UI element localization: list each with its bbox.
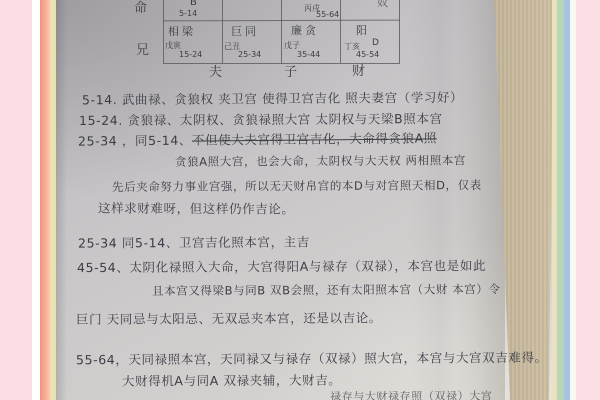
cell-stars: 巨同 [231,26,259,38]
palace-label-zi: 子 [284,66,297,80]
top-row-stem: 丙戌 [304,5,313,13]
note-line-13-partial: 禄存与大财禄存照（双禄）大宫 [330,391,492,400]
palace-label-xiong: 兄 [136,44,149,58]
cell-stars: 阳 [356,25,370,37]
cell-stem: 戊子 [284,42,293,50]
cell-range: 25-34 [238,51,261,60]
note-line-1: 5-14. 武曲禄、贪狼权 夹卫宫 使得卫宫吉化 照夫妻宫（学习好） [82,91,463,107]
note-line-2: 15-24. 贪狼禄、太阴权、贪狼禄照大宫 太阴权与天梁B照本宫 [79,112,443,128]
grid-line [163,0,164,63]
cell-range: 35-44 [297,51,320,60]
note-line-5: 先后夹命努力事业宫强，所以无天财帛宫的本D与对宫照天相D，仅表 [112,179,482,194]
cell-stars: 相梁 [168,26,196,38]
photo-of-handwritten-notes: 命 兄 夫 子 财 B 5-14 奴 丙戌 55-64 相梁 戊寅 15-24 … [0,0,600,400]
grid-line [399,0,400,63]
palace-label-ming: 命 [134,2,147,16]
cell-range: 45-54 [356,51,379,60]
note-line-10: 巨门 天同忌与太阳忌、无双忌夹本宫，还是以吉论。 [76,311,382,326]
note-line-3-lead: 25-34 ，同5-14、 [78,133,192,149]
cell-badge: D [372,39,379,49]
top-row-range: 55-64 [316,11,339,20]
note-line-3: 25-34 ，同5-14、不但使大夫宫得卫宫吉化，大命得贪狼A照 [78,131,437,148]
palace-label-fu: 夫 [209,66,222,80]
astrology-chart: 命 兄 夫 子 财 B 5-14 奴 丙戌 55-64 相梁 戊寅 15-24 … [0,0,600,90]
cell-stem: 戊寅 [165,42,174,50]
top-row-range: 5-14 [179,10,197,19]
grid-line [222,0,223,63]
note-line-7: 25-34 同5-14、卫宫吉化照本宫，主吉 [78,235,310,250]
cell-stars: 廉贪 [291,25,319,37]
note-line-3-struck: 不但使大夫宫得卫宫吉化，大命得贪狼A照 [192,130,437,147]
note-line-6: 这样求财难呀，但这样仍作吉论。 [98,201,295,216]
grid-line [281,0,282,63]
note-line-8: 45-54、太阴化禄照入大命，大宫得阳A与禄存（双禄），本宫也是如此 [77,259,486,275]
note-line-11: 55-64，天同禄照本宫，天同禄又与禄存（双禄）照大宫，本宫与大宫双吉难得。 [76,351,548,367]
top-row-mark: B [190,0,197,8]
top-row-star: 奴 [377,0,388,9]
note-line-9: 且本宫又得梁B与同B 双B会照，还有太阳照本宫（大财 本宫）令 [152,283,501,297]
cell-range: 15-24 [179,51,202,60]
grid-line [340,0,341,63]
palace-label-cai: 财 [352,65,365,79]
note-line-12: 大财得机A与同A 双禄夹辅，大财吉。 [122,373,341,388]
cell-stem: 丁亥 [344,43,353,51]
note-line-4: 贪狼A照大宫，也会大命，太阴权与大天权 两相照本宫 [175,154,466,168]
cell-stem: 己丑 [224,43,233,51]
